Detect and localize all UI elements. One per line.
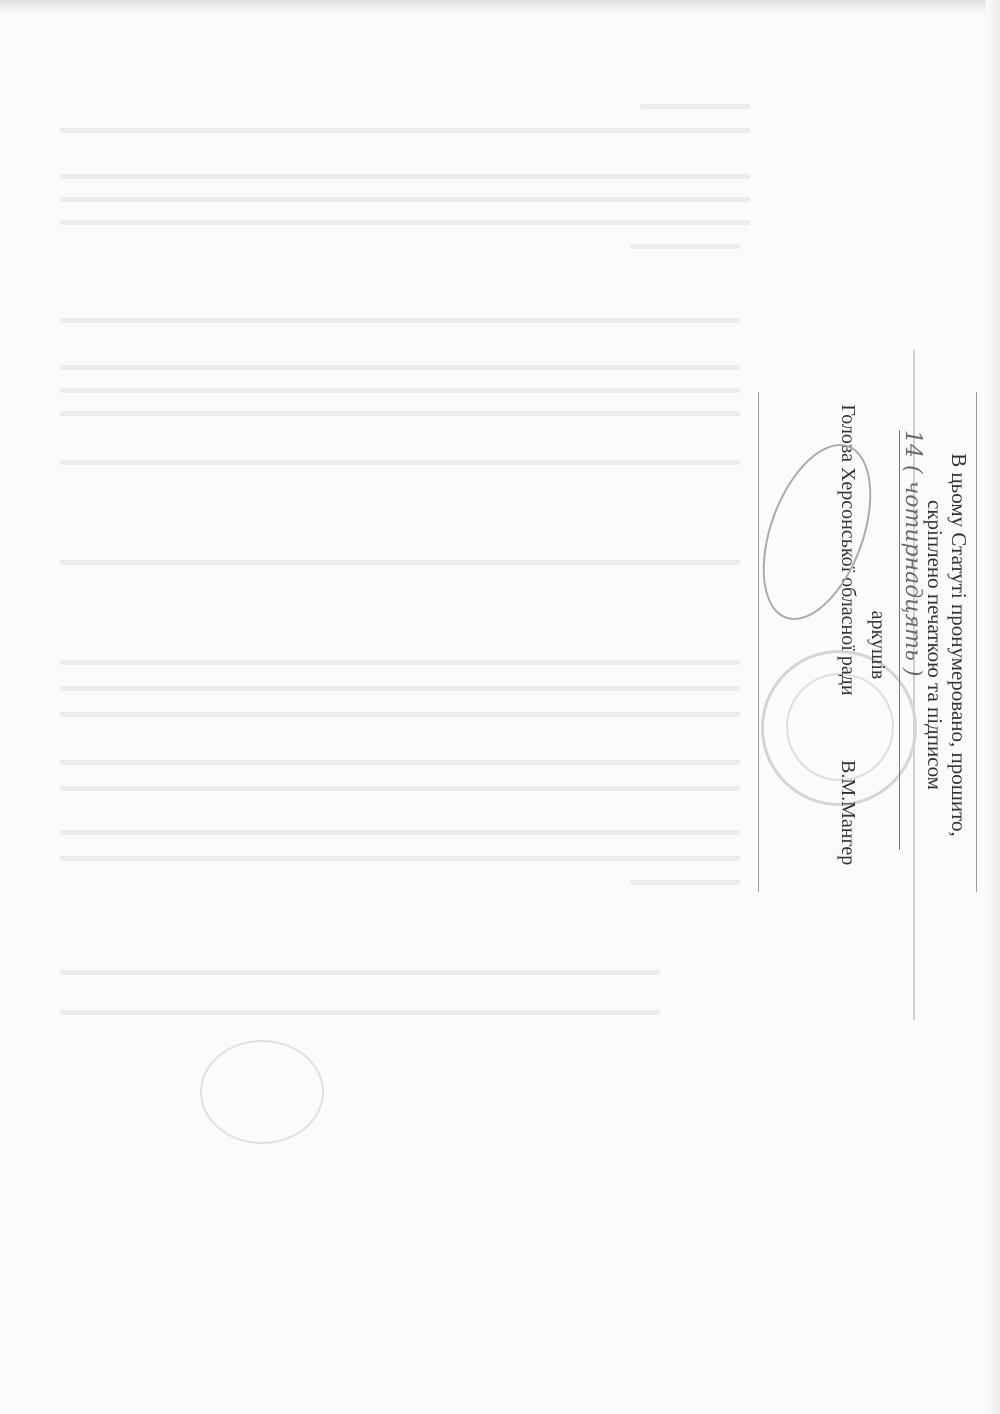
stamp-top-rule <box>976 392 977 892</box>
signatory-name: В.М.Мангер <box>836 760 859 865</box>
handwritten-sheet-count: 14 ( чотирнадцять ) <box>899 430 925 850</box>
scan-top-edge <box>0 0 1000 14</box>
faint-signature-bleed <box>200 1040 324 1144</box>
scan-right-edge <box>986 0 1000 1414</box>
stamp-line-1: В цьому Статуті пронумеровано, прошито, <box>946 400 971 890</box>
stamp-bottom-rule <box>758 392 759 892</box>
stamp-line-2: скріплено печаткою та підписом <box>922 400 947 890</box>
